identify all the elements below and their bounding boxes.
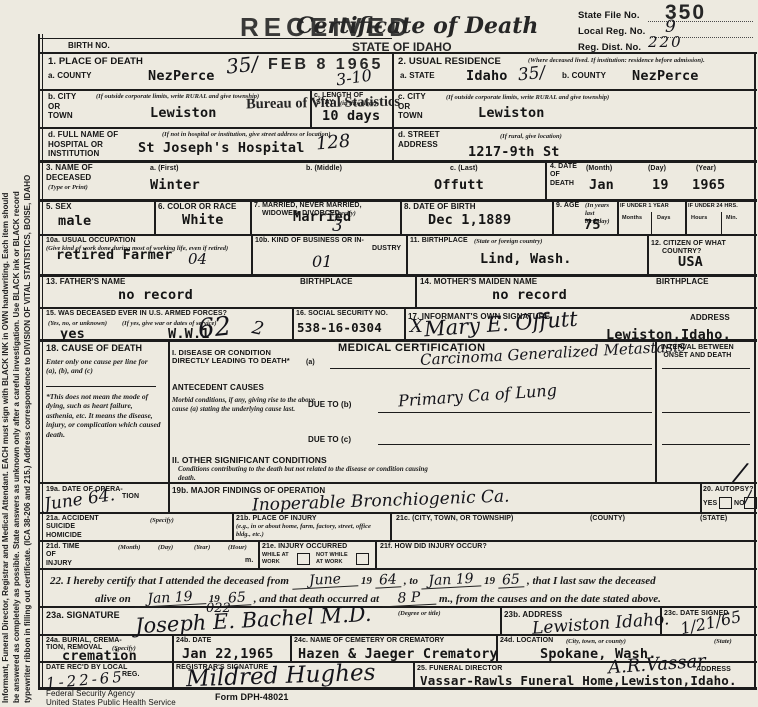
divider bbox=[38, 307, 757, 309]
divider bbox=[168, 339, 170, 482]
reg-dist-no-value: 220 bbox=[648, 35, 683, 50]
ssn-label: 16. SOCIAL SECURITY NO. bbox=[296, 310, 400, 318]
death-time-value: 8 P bbox=[382, 590, 437, 608]
not-while-at-work-label: NOT WHILE AT WORK bbox=[316, 552, 348, 565]
city-value: Lewiston bbox=[150, 107, 217, 121]
divider bbox=[310, 89, 312, 127]
date-of-operation-label2: TION bbox=[122, 493, 139, 501]
street-address-label: d. STREET ADDRESS bbox=[398, 130, 440, 149]
last-name-label: c. (Last) bbox=[450, 165, 478, 173]
first-name-value: Winter bbox=[150, 179, 200, 193]
handwritten-3: 3 bbox=[332, 218, 343, 235]
injury-year-label: (Year) bbox=[194, 544, 210, 552]
divider bbox=[617, 199, 619, 234]
business-label: 10b. KIND OF BUSINESS OR IN- bbox=[255, 237, 364, 245]
divider bbox=[38, 568, 757, 570]
divider bbox=[413, 661, 415, 687]
state-label: a. STATE bbox=[400, 71, 435, 81]
certify-19a: 19 bbox=[361, 576, 372, 587]
physician-signature: Joseph E. Bachel M.D. bbox=[135, 604, 372, 637]
date-of-death-label: 4. DATE OF DEATH bbox=[550, 163, 577, 188]
divider bbox=[232, 512, 234, 540]
divider bbox=[290, 634, 292, 661]
divider bbox=[292, 307, 294, 339]
divider bbox=[685, 199, 687, 234]
hospital-note: (If not in hospital or institution, give… bbox=[162, 131, 392, 139]
death-day-label: (Day) bbox=[648, 165, 666, 173]
divider bbox=[390, 512, 392, 540]
injury-hour-label: (Hour) bbox=[228, 544, 247, 552]
race-value: White bbox=[182, 214, 224, 228]
handwritten-2: 2 bbox=[250, 319, 265, 339]
due-to-c-label: DUE TO (c) bbox=[308, 435, 351, 445]
injury-occurred-label: 21e. INJURY OCCURRED bbox=[262, 543, 347, 551]
divider bbox=[662, 368, 750, 369]
min-label: Min. bbox=[726, 215, 737, 222]
burial-date-value: Jan 22,1965 bbox=[182, 648, 274, 662]
divider bbox=[400, 199, 402, 234]
divider bbox=[38, 52, 757, 54]
middle-name-label: b. (Middle) bbox=[306, 165, 342, 173]
other-conditions-label: II. OTHER SIGNIFICANT CONDITIONS bbox=[172, 455, 327, 465]
certify-line1: 22. I hereby certify that I attended the… bbox=[50, 573, 656, 588]
divider bbox=[415, 274, 417, 307]
death-month-label: (Month) bbox=[586, 165, 612, 173]
length-of-stay-label2: STAY bbox=[316, 99, 334, 107]
divider bbox=[375, 540, 377, 568]
divider bbox=[330, 368, 652, 369]
attended-from-year: 64 bbox=[375, 572, 402, 588]
funeral-director-address-value: Vassar-Rawls Funeral Home,Lewiston,Idaho… bbox=[420, 675, 737, 688]
county-value: NezPerce bbox=[148, 70, 215, 84]
handwritten-35-residence: 35/ bbox=[517, 65, 546, 85]
usual-residence-section-label: 2. USUAL RESIDENCE bbox=[398, 56, 501, 67]
mother-name-value: no record bbox=[492, 289, 567, 303]
death-month-value: Jan bbox=[589, 179, 614, 193]
specify-note: (Specify) bbox=[150, 517, 174, 525]
age-label: 9. AGE bbox=[556, 202, 579, 210]
divider bbox=[154, 199, 156, 234]
how-did-injury-occur-label: 21f. HOW DID INJURY OCCUR? bbox=[380, 543, 487, 551]
residence-county-value: NezPerce bbox=[632, 70, 699, 84]
street-address-note: (If rural, give location) bbox=[500, 133, 562, 141]
length-of-stay-value: 10 days bbox=[322, 110, 380, 124]
type-or-print-note: (Type or Print) bbox=[48, 184, 88, 192]
residence-city-value: Lewiston bbox=[478, 107, 545, 121]
certify-text1: 22. I hereby certify that I attended the… bbox=[50, 576, 289, 587]
dob-label: 8. DATE OF BIRTH bbox=[404, 202, 476, 212]
signature-label: 23a. SIGNATURE bbox=[46, 610, 120, 621]
residence-city-label: c. CITY OR TOWN bbox=[398, 92, 426, 121]
morbid-conditions-note: Morbid conditions, if any, giving rise t… bbox=[172, 396, 317, 414]
divider bbox=[172, 661, 174, 687]
cemetery-label: 24c. NAME OF CEMETERY OR CREMATORY bbox=[294, 637, 444, 645]
cause-a-label: (a) bbox=[306, 359, 315, 367]
divider bbox=[378, 412, 652, 413]
while-at-work-checkbox[interactable] bbox=[297, 553, 310, 565]
father-name-label: 13. FATHER'S NAME bbox=[46, 277, 125, 287]
divider bbox=[662, 444, 750, 445]
residence-county-label: b. COUNTY bbox=[562, 71, 606, 81]
if-under-1-year-label: IF UNDER 1 YEAR bbox=[620, 203, 669, 210]
antecedent-causes-label: ANTECEDENT CAUSES bbox=[172, 383, 264, 393]
hospital-value: St Joseph's Hospital bbox=[138, 142, 305, 156]
while-at-work-label: WHILE AT WORK bbox=[262, 552, 289, 565]
divider bbox=[404, 307, 406, 339]
divider bbox=[406, 234, 408, 274]
dob-value: Dec 1,1889 bbox=[428, 214, 511, 228]
divider bbox=[38, 274, 757, 277]
divider bbox=[651, 212, 652, 234]
burial-state-note: (State) bbox=[714, 638, 732, 646]
hospital-label: d. FULL NAME OF HOSPITAL OR INSTITUTION bbox=[48, 130, 118, 159]
handwritten-01: 01 bbox=[312, 254, 332, 270]
divider bbox=[545, 160, 547, 199]
place-of-injury-note: (e.g., in or about home, farm, factory, … bbox=[236, 523, 386, 539]
death-year-value: 1965 bbox=[692, 179, 725, 193]
first-name-label: a. (First) bbox=[150, 165, 179, 173]
injury-county-label: (COUNTY) bbox=[590, 515, 625, 523]
cause-note2: *This does not mean the mode of dying, s… bbox=[46, 392, 162, 439]
not-while-at-work-checkbox[interactable] bbox=[356, 553, 369, 565]
state-file-no-label: State File No. bbox=[578, 10, 640, 21]
attended-to-value: Jan 19 bbox=[421, 571, 482, 589]
time-of-injury-label: 21d. TIME OF INJURY bbox=[46, 543, 80, 568]
divider bbox=[172, 634, 174, 661]
occupation-value: retired Farmer bbox=[56, 249, 173, 263]
burial-value: cremation bbox=[62, 650, 137, 664]
divider bbox=[38, 38, 392, 39]
burial-location-note: (City, town, or county) bbox=[566, 638, 626, 646]
attended-to-year: 65 bbox=[498, 572, 525, 588]
alive-on-text: alive on bbox=[95, 594, 131, 605]
divider bbox=[647, 234, 649, 274]
cemetery-value: Hazen & Jaeger Crematory bbox=[298, 648, 498, 662]
divider bbox=[38, 512, 757, 514]
divider bbox=[662, 412, 750, 413]
form-number: Form DPH-48021 bbox=[215, 692, 288, 703]
injury-day-label: (Day) bbox=[158, 544, 173, 552]
divider bbox=[38, 160, 757, 163]
sex-value: male bbox=[58, 215, 91, 229]
ssn-value: 538-16-0304 bbox=[297, 322, 382, 335]
age-value: 75 bbox=[584, 219, 601, 233]
death-day-value: 19 bbox=[652, 179, 669, 193]
handwritten-128: 128 bbox=[315, 133, 351, 154]
cause-note1: Enter only one cause per line for (a), (… bbox=[46, 357, 158, 376]
injury-city-label: 21c. (CITY, TOWN, OR TOWNSHIP) bbox=[396, 515, 513, 523]
street-address-value: 1217-9th St bbox=[468, 146, 560, 160]
autopsy-no-checkmark: / bbox=[745, 490, 751, 507]
injury-state-label: (STATE) bbox=[700, 515, 727, 523]
days-label: Days bbox=[657, 215, 671, 222]
margin-note-line2: be answered as completely as possible. S… bbox=[13, 33, 21, 703]
death-certificate-page: Informant, Funeral Director, Registrar a… bbox=[0, 0, 758, 707]
birth-no-label: BIRTH NO. bbox=[68, 41, 110, 51]
agency-line2: United States Public Health Service bbox=[46, 698, 176, 707]
divider bbox=[754, 52, 756, 687]
certify-to: , to bbox=[404, 576, 418, 587]
citizen-value: USA bbox=[678, 256, 703, 270]
other-conditions-note: Conditions contributing to the death but… bbox=[178, 465, 438, 483]
divider bbox=[258, 540, 260, 568]
divider bbox=[168, 482, 170, 512]
due-to-b-label: DUE TO (b) bbox=[308, 400, 352, 410]
alive-on-value: Jan 19 bbox=[133, 589, 206, 608]
interval-label: INTERVAL BETWEEN ONSET AND DEATH bbox=[661, 344, 734, 361]
if-under-24-hrs-label: IF UNDER 24 HRS. bbox=[688, 203, 738, 210]
divider bbox=[392, 52, 394, 160]
divider bbox=[552, 199, 554, 234]
informant-x-mark: X bbox=[410, 318, 423, 336]
handwritten-04: 04 bbox=[188, 252, 207, 267]
accident-suicide-homicide-label: 21a. ACCIDENT SUICIDE HOMICIDE bbox=[46, 515, 99, 540]
autopsy-yes-label: YES bbox=[703, 500, 717, 508]
divider bbox=[655, 339, 657, 482]
divider bbox=[46, 386, 156, 387]
autopsy-yes-checkbox[interactable] bbox=[719, 497, 732, 509]
burial-date-label: 24b. DATE bbox=[176, 637, 211, 645]
divider bbox=[38, 540, 757, 542]
death-year-label: (Year) bbox=[696, 165, 716, 173]
divider bbox=[38, 234, 757, 236]
certify-text2: , that I last saw the deceased bbox=[527, 576, 656, 587]
city-note: (If outside corporate limits, write RURA… bbox=[96, 93, 296, 101]
mother-name-label: 14. MOTHER'S MAIDEN NAME bbox=[420, 277, 537, 287]
state-value: Idaho bbox=[466, 70, 508, 84]
informant-address-label: ADDRESS bbox=[690, 313, 730, 323]
county-label: a. COUNTY bbox=[48, 71, 92, 81]
birthplace-value: Lind, Wash. bbox=[480, 253, 572, 267]
father-name-value: no record bbox=[118, 289, 193, 303]
certify-text3: m., from the causes and on the date stat… bbox=[439, 594, 661, 605]
sex-label: 5. SEX bbox=[46, 202, 72, 212]
place-of-death-section-label: 1. PLACE OF DEATH bbox=[48, 56, 143, 67]
father-birthplace-label: BIRTHPLACE bbox=[300, 277, 353, 287]
mother-birthplace-label: BIRTHPLACE bbox=[656, 277, 709, 287]
divider bbox=[38, 89, 757, 91]
divider bbox=[38, 199, 757, 202]
usual-residence-note: (Where deceased lived. If institution: r… bbox=[528, 57, 750, 65]
business-label2: DUSTRY bbox=[372, 245, 401, 253]
handwritten-35: 35/ bbox=[225, 53, 259, 76]
degree-or-title-note: (Degree or title) bbox=[398, 610, 441, 618]
divider bbox=[251, 234, 253, 274]
birthplace-label: 11. BIRTHPLACE bbox=[410, 237, 468, 245]
certify-line2: alive on Jan 19 19 65 , and that death o… bbox=[95, 591, 661, 606]
name-of-deceased-label: 3. NAME OF DECEASED bbox=[46, 163, 93, 182]
burial-location-label: 24d. LOCATION bbox=[500, 637, 553, 645]
months-label: Months bbox=[622, 215, 642, 222]
city-or-town-label: b. CITY OR TOWN bbox=[48, 92, 76, 121]
divider bbox=[38, 34, 40, 687]
attended-from-value: June bbox=[292, 571, 359, 589]
race-label: 6. COLOR OR RACE bbox=[158, 202, 237, 212]
divider bbox=[38, 127, 757, 129]
margin-note-line3: typewriter ribbon in filling out certifi… bbox=[24, 33, 32, 703]
hours-label: Hours bbox=[691, 215, 707, 222]
divider bbox=[378, 444, 652, 445]
divider bbox=[721, 212, 722, 234]
page-title: Certificate of Death bbox=[296, 13, 538, 39]
certify-19b: 19 bbox=[484, 576, 495, 587]
length-of-stay-note: (in this place) bbox=[340, 100, 377, 108]
injury-month-label: (Month) bbox=[118, 544, 140, 552]
handwritten-3-10: 3-10 bbox=[335, 68, 373, 89]
birthplace-note: (State or foreign country) bbox=[474, 238, 542, 246]
divider bbox=[700, 482, 702, 512]
divider bbox=[500, 606, 502, 634]
injury-m-label: m. bbox=[245, 557, 253, 565]
cause-of-death-label: 18. CAUSE OF DEATH bbox=[46, 343, 142, 354]
cause-b-value: Primary Ca of Lung bbox=[398, 382, 558, 409]
last-name-value: Offutt bbox=[434, 179, 484, 193]
divider bbox=[42, 34, 43, 687]
divider bbox=[250, 199, 252, 234]
handwritten-62: 62 bbox=[197, 313, 233, 342]
margin-note-line1: Informant, Funeral Director, Registrar a… bbox=[2, 33, 10, 703]
armed-forces-value: yes bbox=[60, 328, 85, 342]
local-reg-no-label: Local Reg. No. bbox=[578, 26, 645, 37]
disease-label2: DIRECTLY LEADING TO DEATH* bbox=[172, 356, 290, 365]
residence-city-note: (If outside corporate limits, write RURA… bbox=[446, 94, 746, 102]
